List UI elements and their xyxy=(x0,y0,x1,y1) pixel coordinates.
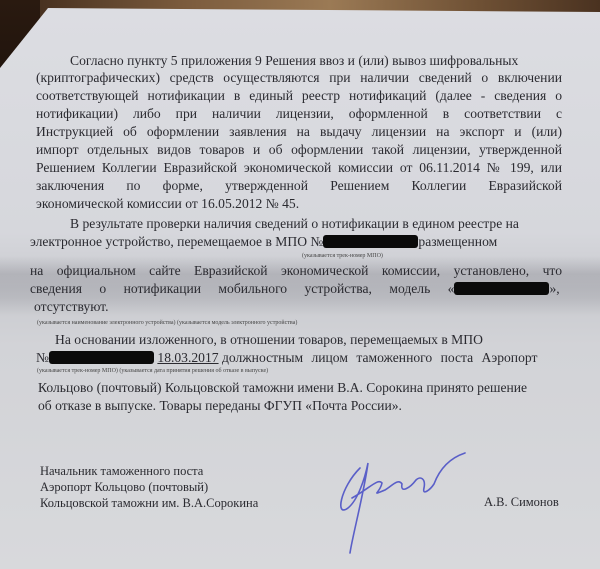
signatory-title-line-0: Начальник таможенного поста xyxy=(40,463,258,479)
redacted-device-model xyxy=(454,282,549,295)
p3-line-2-suffix: должностным лицом таможенного поста Аэро… xyxy=(222,350,537,365)
p3-line-4: об отказе в выпуске. Товары переданы ФГУ… xyxy=(38,398,402,413)
p2-line-5: отсутствуют. xyxy=(34,299,109,314)
document-sheet: Согласно пункту 5 приложения 9 Решения в… xyxy=(0,8,600,569)
p1-line-6: Решением Коллегии Евразийской экономичес… xyxy=(36,160,562,175)
p3-line-2: № 18.03.2017 должностным лицом таможенно… xyxy=(36,350,562,365)
p3-line-3: Кольцово (почтовый) Кольцовской таможни … xyxy=(38,380,527,395)
p2-line-3: на официальном сайте Евразийской экономи… xyxy=(30,263,562,278)
decision-date: 18.03.2017 xyxy=(157,350,218,365)
signatory-title-line-1: Аэропорт Кольцово (почтовый) xyxy=(40,479,258,495)
hint-track-date: (указывается трек-номер МПО) (указываетс… xyxy=(37,368,268,374)
redacted-track-number xyxy=(323,235,418,248)
handwritten-signature xyxy=(330,448,490,558)
p3-line-1: На основании изложенного, в отношении то… xyxy=(55,332,483,347)
p1-line-5: импорт отдельных видов товаров и об офор… xyxy=(36,142,562,157)
p3-line-2-prefix: № xyxy=(36,350,49,365)
p1-line-1: (криптографических) средств осуществляют… xyxy=(36,70,562,85)
p2-line-2: электронное устройство, перемещаемое в М… xyxy=(30,234,497,249)
p1-line-4: Инструкцией об оформлении заявления на в… xyxy=(36,124,562,139)
p2-line-2-suffix: размещенном xyxy=(418,234,497,249)
p2-line-1: В результате проверки наличия сведений о… xyxy=(70,216,519,231)
hint-track-number: (указывается трек-номер МПО) xyxy=(302,253,383,259)
p2-line-2-prefix: электронное устройство, перемещаемое в М… xyxy=(30,234,323,249)
p1-line-3: нотификации) либо при наличии лицензии, … xyxy=(36,106,562,121)
p2-line-4: сведения о нотификации мобильного устрой… xyxy=(30,281,562,296)
p2-line-4-prefix: сведения о нотификации мобильного устрой… xyxy=(30,281,454,296)
redacted-track-number-2 xyxy=(49,351,154,364)
p2-line-4-suffix: », xyxy=(549,281,559,296)
signatory-title: Начальник таможенного поста Аэропорт Кол… xyxy=(40,463,258,511)
p1-line-2: соответствующей нотификации в единый рее… xyxy=(36,88,562,103)
p1-line-8: экономической комиссии от 16.05.2012 № 4… xyxy=(36,196,299,211)
signatory-title-line-2: Кольцовской таможни им. В.А.Сорокина xyxy=(40,495,258,511)
signatory-name: А.В. Симонов xyxy=(484,495,559,510)
p1-line-7: заключения по форме, утвержденной Решени… xyxy=(36,178,562,193)
hint-device: (указывается наименование электронного у… xyxy=(37,320,297,326)
p1-line-0: Согласно пункту 5 приложения 9 Решения в… xyxy=(70,53,518,68)
